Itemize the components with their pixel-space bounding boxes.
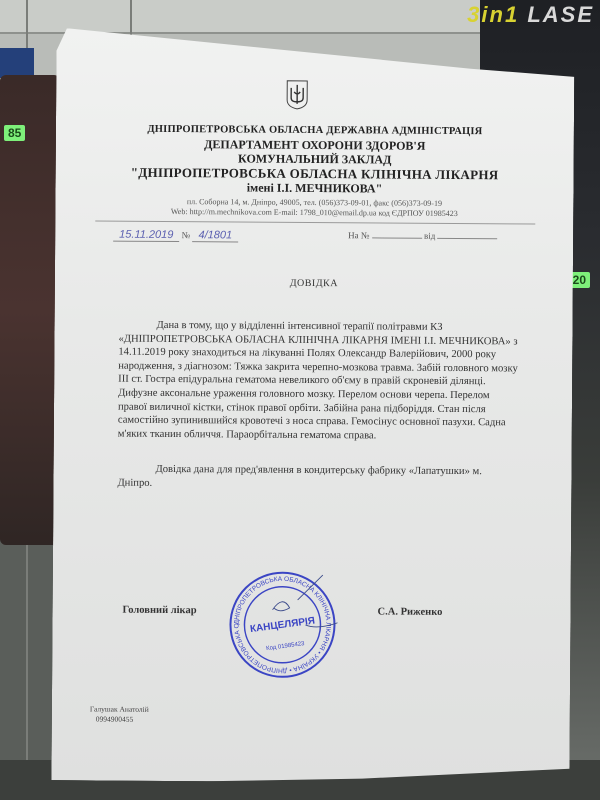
registration-line: 15.11.2019 № 4/1801 — [113, 229, 238, 243]
official-stamp: ДНІПРОПЕТРОВСЬКА ОБЛАСНА КЛІНІЧНА ЛІКАРН… — [227, 569, 338, 680]
price-tag: 85 — [4, 125, 25, 141]
from-label: від — [424, 231, 435, 241]
number-label: № — [182, 230, 191, 240]
ref-blank — [372, 237, 422, 238]
ref-label: На № — [348, 230, 369, 240]
from-blank — [438, 238, 498, 239]
product-label-left: 3in1 — [467, 2, 519, 27]
registration-number: 4/1801 — [192, 229, 238, 242]
document-title: ДОВІДКА — [55, 276, 573, 291]
registration-date: 15.11.2019 — [113, 229, 179, 242]
svg-text:Код 01985423: Код 01985423 — [266, 641, 306, 652]
header-divider — [95, 220, 535, 224]
executor-name: Галушак Анатолій — [90, 704, 149, 714]
signatory-position: Головний лікар — [123, 605, 197, 617]
executor-info: Галушак Анатолій 0994900455 — [90, 704, 149, 724]
signatory-name: С.А. Риженко — [378, 606, 443, 617]
product-label: 3in1 LASE — [467, 2, 594, 28]
header-hospital-name-2: імені І.І. МЕЧНИКОВА" — [55, 179, 573, 198]
body-paragraph-purpose: Довідка дана для пред'явлення в кондитер… — [117, 463, 517, 493]
document-paper: ДНІПРОПЕТРОВСЬКА ОБЛАСНА ДЕРЖАВНА АДМІНІ… — [51, 28, 574, 784]
document-body: Дана в тому, що у відділенні інтенсивної… — [117, 319, 518, 493]
reference-line: На № від — [348, 230, 498, 241]
background-product-left — [0, 75, 60, 545]
executor-phone: 0994900455 — [90, 714, 149, 724]
product-label-right: LASE — [527, 2, 594, 27]
ukraine-trident-icon — [286, 80, 308, 110]
body-paragraph-diagnosis: Дана в тому, що у відділенні інтенсивної… — [118, 319, 519, 444]
header-administration: ДНІПРОПЕТРОВСЬКА ОБЛАСНА ДЕРЖАВНА АДМІНІ… — [56, 123, 574, 138]
background-blue-box — [0, 48, 34, 78]
